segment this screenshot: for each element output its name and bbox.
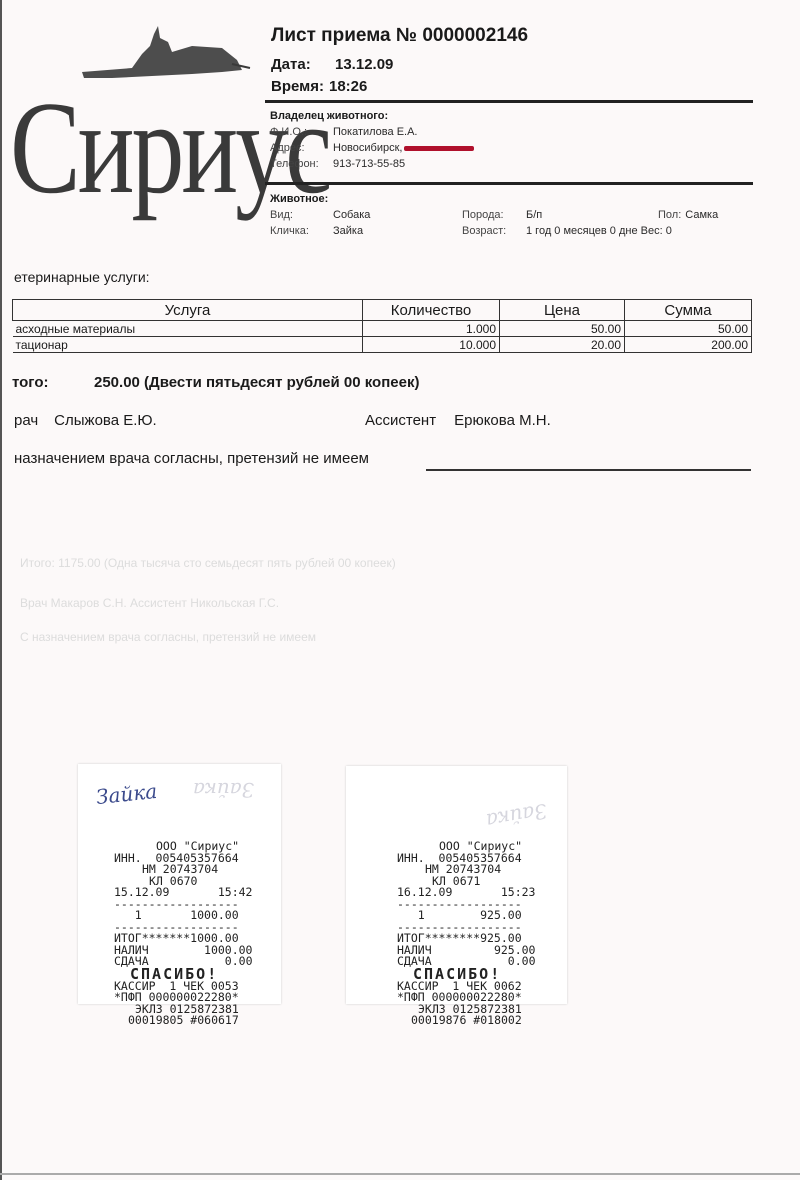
owner-phone: 913-713-55-85	[333, 158, 405, 170]
service-sum: 50.00	[625, 321, 752, 337]
ghost-staff: Врач Макаров С.Н. Ассистент Никольская Г…	[20, 596, 279, 610]
breed-value: Б/п	[526, 209, 542, 221]
service-name: асходные материалы	[13, 321, 363, 337]
owner-address-label: Адрес:	[270, 142, 333, 154]
table-header-row: Услуга Количество Цена Сумма	[13, 300, 752, 321]
services-table: Услуга Количество Цена Сумма асходные ма…	[12, 299, 752, 353]
animal-species-row: Вид:Собака	[270, 209, 370, 221]
total-label: того:	[12, 374, 94, 391]
owner-phone-label: Телефон:	[270, 158, 333, 170]
sex-label: Пол:	[658, 209, 681, 221]
assistant-label: Ассистент	[365, 412, 436, 429]
doctor-name: Слыжова Е.Ю.	[54, 412, 157, 429]
owner-name-row: Ф.И.О.:Покатилова Е.А.	[270, 126, 417, 138]
date-row: Дата:13.12.09	[271, 56, 393, 73]
column-header-price: Цена	[500, 300, 625, 321]
column-header-sum: Сумма	[625, 300, 752, 321]
service-qty: 1.000	[363, 321, 500, 337]
ghost-total: Итого: 1175.00 (Одна тысяча сто семьдеся…	[20, 556, 396, 570]
animal-age-row: Возраст:1 год 0 месяцев 0 дне Вес: 0	[462, 225, 672, 237]
doctor-label: рач	[14, 412, 38, 429]
services-title: етеринарные услуги:	[14, 269, 150, 285]
receipt-body: ООО "Сириус"ИНН. 005405357664НМ 20743704…	[397, 841, 536, 1027]
time-label: Время:	[271, 78, 329, 95]
table-row: асходные материалы 1.000 50.00 50.00	[13, 321, 752, 337]
clinic-logo: Сириус	[10, 20, 250, 235]
total-value: 250.00 (Двести пятьдесят рублей 00 копее…	[94, 374, 419, 391]
service-qty: 10.000	[363, 337, 500, 353]
animal-sex-row: Пол:Самка	[658, 209, 718, 221]
service-name: тационар	[13, 337, 363, 353]
divider	[265, 100, 753, 103]
weight-value: 0	[666, 225, 672, 237]
receipt-change-value: 0.00	[508, 954, 536, 968]
receipt-2: Зайка ООО "Сириус"ИНН. 005405357664НМ 20…	[346, 766, 567, 1004]
animal-section-title: Животное:	[270, 193, 328, 205]
assistant-name: Ерюкова М.Н.	[454, 412, 551, 429]
owner-phone-row: Телефон:913-713-55-85	[270, 158, 405, 170]
date-value: 13.12.09	[335, 56, 393, 73]
owner-section-title: Владелец животного:	[270, 110, 388, 122]
owner-address-row: Адрес:Новосибирск,	[270, 142, 474, 154]
service-price: 50.00	[500, 321, 625, 337]
agreement-text: назначением врача согласны, претензий не…	[14, 450, 369, 467]
signature-line	[426, 469, 751, 471]
divider	[265, 182, 753, 185]
date-label: Дата:	[271, 56, 335, 73]
nickname-value: Зайка	[333, 225, 363, 237]
owner-address: Новосибирск,	[333, 142, 402, 154]
handwritten-note: Зайка	[95, 779, 158, 809]
ghost-agree: С назначением врача согласны, претензий …	[20, 630, 316, 644]
total-row: того:250.00 (Двести пятьдесят рублей 00 …	[12, 374, 419, 391]
document-title: Лист приема № 0000002146	[271, 25, 528, 47]
time-row: Время:18:26	[271, 78, 367, 95]
handwritten-note-bleed: Зайка	[484, 799, 548, 833]
species-label: Вид:	[270, 209, 333, 221]
page-edge	[0, 0, 2, 1180]
age-label: Возраст:	[462, 225, 526, 237]
doctor-row: рачСлыжова Е.Ю.	[14, 412, 157, 429]
assistant-row: АссистентЕрюкова М.Н.	[365, 412, 551, 429]
receipt-footer: 00019876 #018002	[397, 1015, 536, 1027]
service-sum: 200.00	[625, 337, 752, 353]
column-header-quantity: Количество	[363, 300, 500, 321]
nickname-label: Кличка:	[270, 225, 333, 237]
breed-label: Порода:	[462, 209, 526, 221]
service-price: 20.00	[500, 337, 625, 353]
sex-value: Самка	[685, 209, 718, 221]
redaction-mark	[404, 146, 474, 151]
owner-name: Покатилова Е.А.	[333, 126, 417, 138]
receipt-1: Зайка Зайка ООО "Сириус"ИНН. 00540535766…	[78, 764, 281, 1004]
animal-breed-row: Порода:Б/п	[462, 209, 542, 221]
table-row: тационар 10.000 20.00 200.00	[13, 337, 752, 353]
animal-nickname-row: Кличка:Зайка	[270, 225, 363, 237]
page-bottom-edge	[0, 1173, 800, 1175]
time-value: 18:26	[329, 78, 367, 95]
weight-label: Вес:	[641, 225, 663, 237]
age-value: 1 год 0 месяцев 0 дне	[526, 225, 638, 237]
receipt-change-value: 0.00	[225, 954, 253, 968]
receipt-footer: 00019805 #060617	[114, 1015, 253, 1027]
column-header-service: Услуга	[13, 300, 363, 321]
handwritten-note-bleed: Зайка	[193, 778, 254, 802]
owner-name-label: Ф.И.О.:	[270, 126, 333, 138]
species-value: Собака	[333, 209, 370, 221]
receipt-body: ООО "Сириус"ИНН. 005405357664НМ 20743704…	[114, 841, 253, 1027]
